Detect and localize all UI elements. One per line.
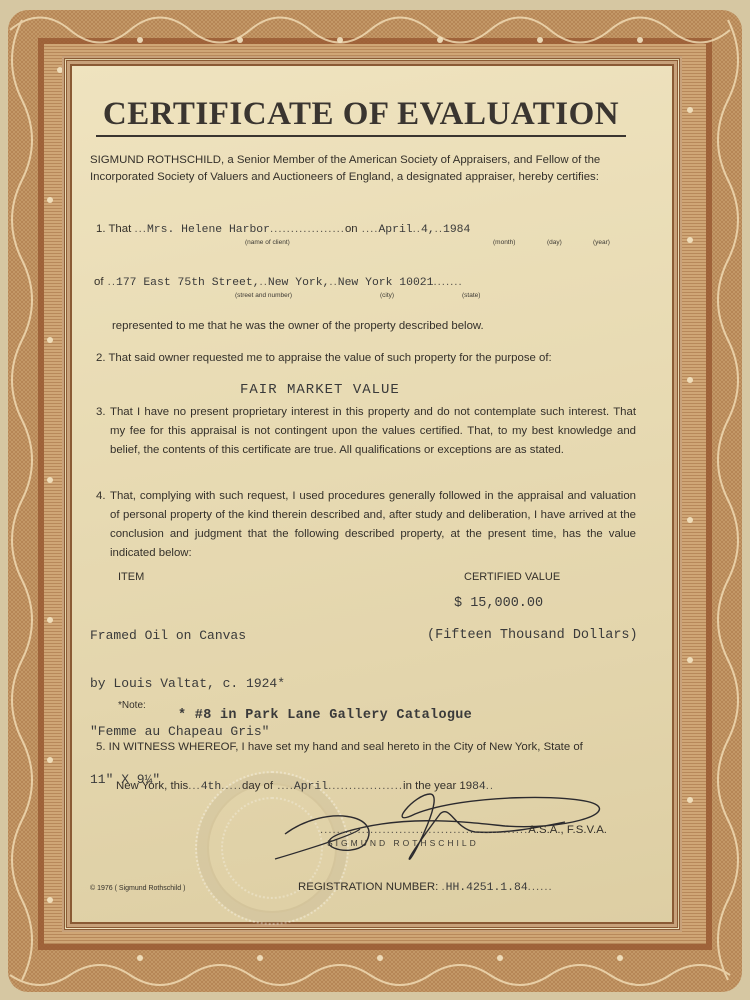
- street-value: 177 East 75th Street,: [116, 277, 260, 289]
- clause-1-client-line: 1. That ...Mrs. Helene Harbor...........…: [96, 223, 470, 236]
- copyright-notice: © 1976 ( Sigmund Rothschild ): [90, 885, 185, 892]
- clause-3: 3. That I have no present proprietary in…: [96, 403, 636, 460]
- clause-5: 5. IN WITNESS WHEREOF, I have set my han…: [96, 741, 583, 753]
- signer-name: SIGMUND ROTHSCHILD: [327, 838, 479, 848]
- certificate-title: CERTIFICATE OF EVALUATION: [96, 96, 626, 137]
- item-column-header: ITEM: [118, 571, 144, 583]
- certificate-document: CERTIFICATE OF EVALUATION SIGMUND ROTHSC…: [0, 0, 750, 1000]
- registration-number: HH.4251.1.84: [446, 882, 528, 894]
- date-year-value: 1984: [443, 224, 470, 236]
- clause-2: 2. That said owner requested me to appra…: [96, 352, 552, 364]
- label-city: (city): [380, 292, 394, 299]
- label-street: (street and number): [235, 292, 292, 299]
- date-day-value: 4,: [421, 224, 435, 236]
- intro-paragraph: SIGMUND ROTHSCHILD, a Senior Member of t…: [90, 152, 650, 186]
- item-line: by Louis Valtat, c. 1924*: [90, 676, 285, 692]
- label-state: (state): [462, 292, 480, 299]
- label-day: (day): [547, 239, 562, 246]
- city-value: New York,: [268, 277, 330, 289]
- date-month-value: April: [378, 224, 412, 236]
- signature-line: ........................................…: [320, 824, 607, 836]
- client-name-value: Mrs. Helene Harbor: [147, 224, 270, 236]
- credentials: A.S.A., F.S.V.A.: [528, 824, 607, 836]
- clause-1-represented: represented to me that he was the owner …: [112, 320, 484, 332]
- clause-1-address-line: of ..177 East 75th Street,..New York,..N…: [94, 276, 463, 289]
- appraisal-purpose: FAIR MARKET VALUE: [240, 382, 400, 398]
- clause-4: 4. That, complying with such request, I …: [96, 487, 636, 563]
- state-value: New York 10021: [338, 277, 434, 289]
- item-line: "Femme au Chapeau Gris": [90, 724, 285, 740]
- witness-day-value: 4th: [201, 781, 222, 793]
- registration-line: REGISTRATION NUMBER: .HH.4251.1.84......: [298, 881, 553, 894]
- note-label: *Note:: [118, 700, 146, 711]
- label-month: (month): [493, 239, 515, 246]
- signature: [265, 774, 625, 864]
- label-year: (year): [593, 239, 610, 246]
- certified-value: $ 15,000.00: [454, 596, 543, 611]
- value-column-header: CERTIFIED VALUE: [464, 571, 560, 583]
- note-text: * #8 in Park Lane Gallery Catalogue: [178, 708, 472, 723]
- item-line: Framed Oil on Canvas: [90, 628, 285, 644]
- label-name-of-client: (name of client): [245, 239, 290, 246]
- certified-value-words: (Fifteen Thousand Dollars): [427, 628, 638, 643]
